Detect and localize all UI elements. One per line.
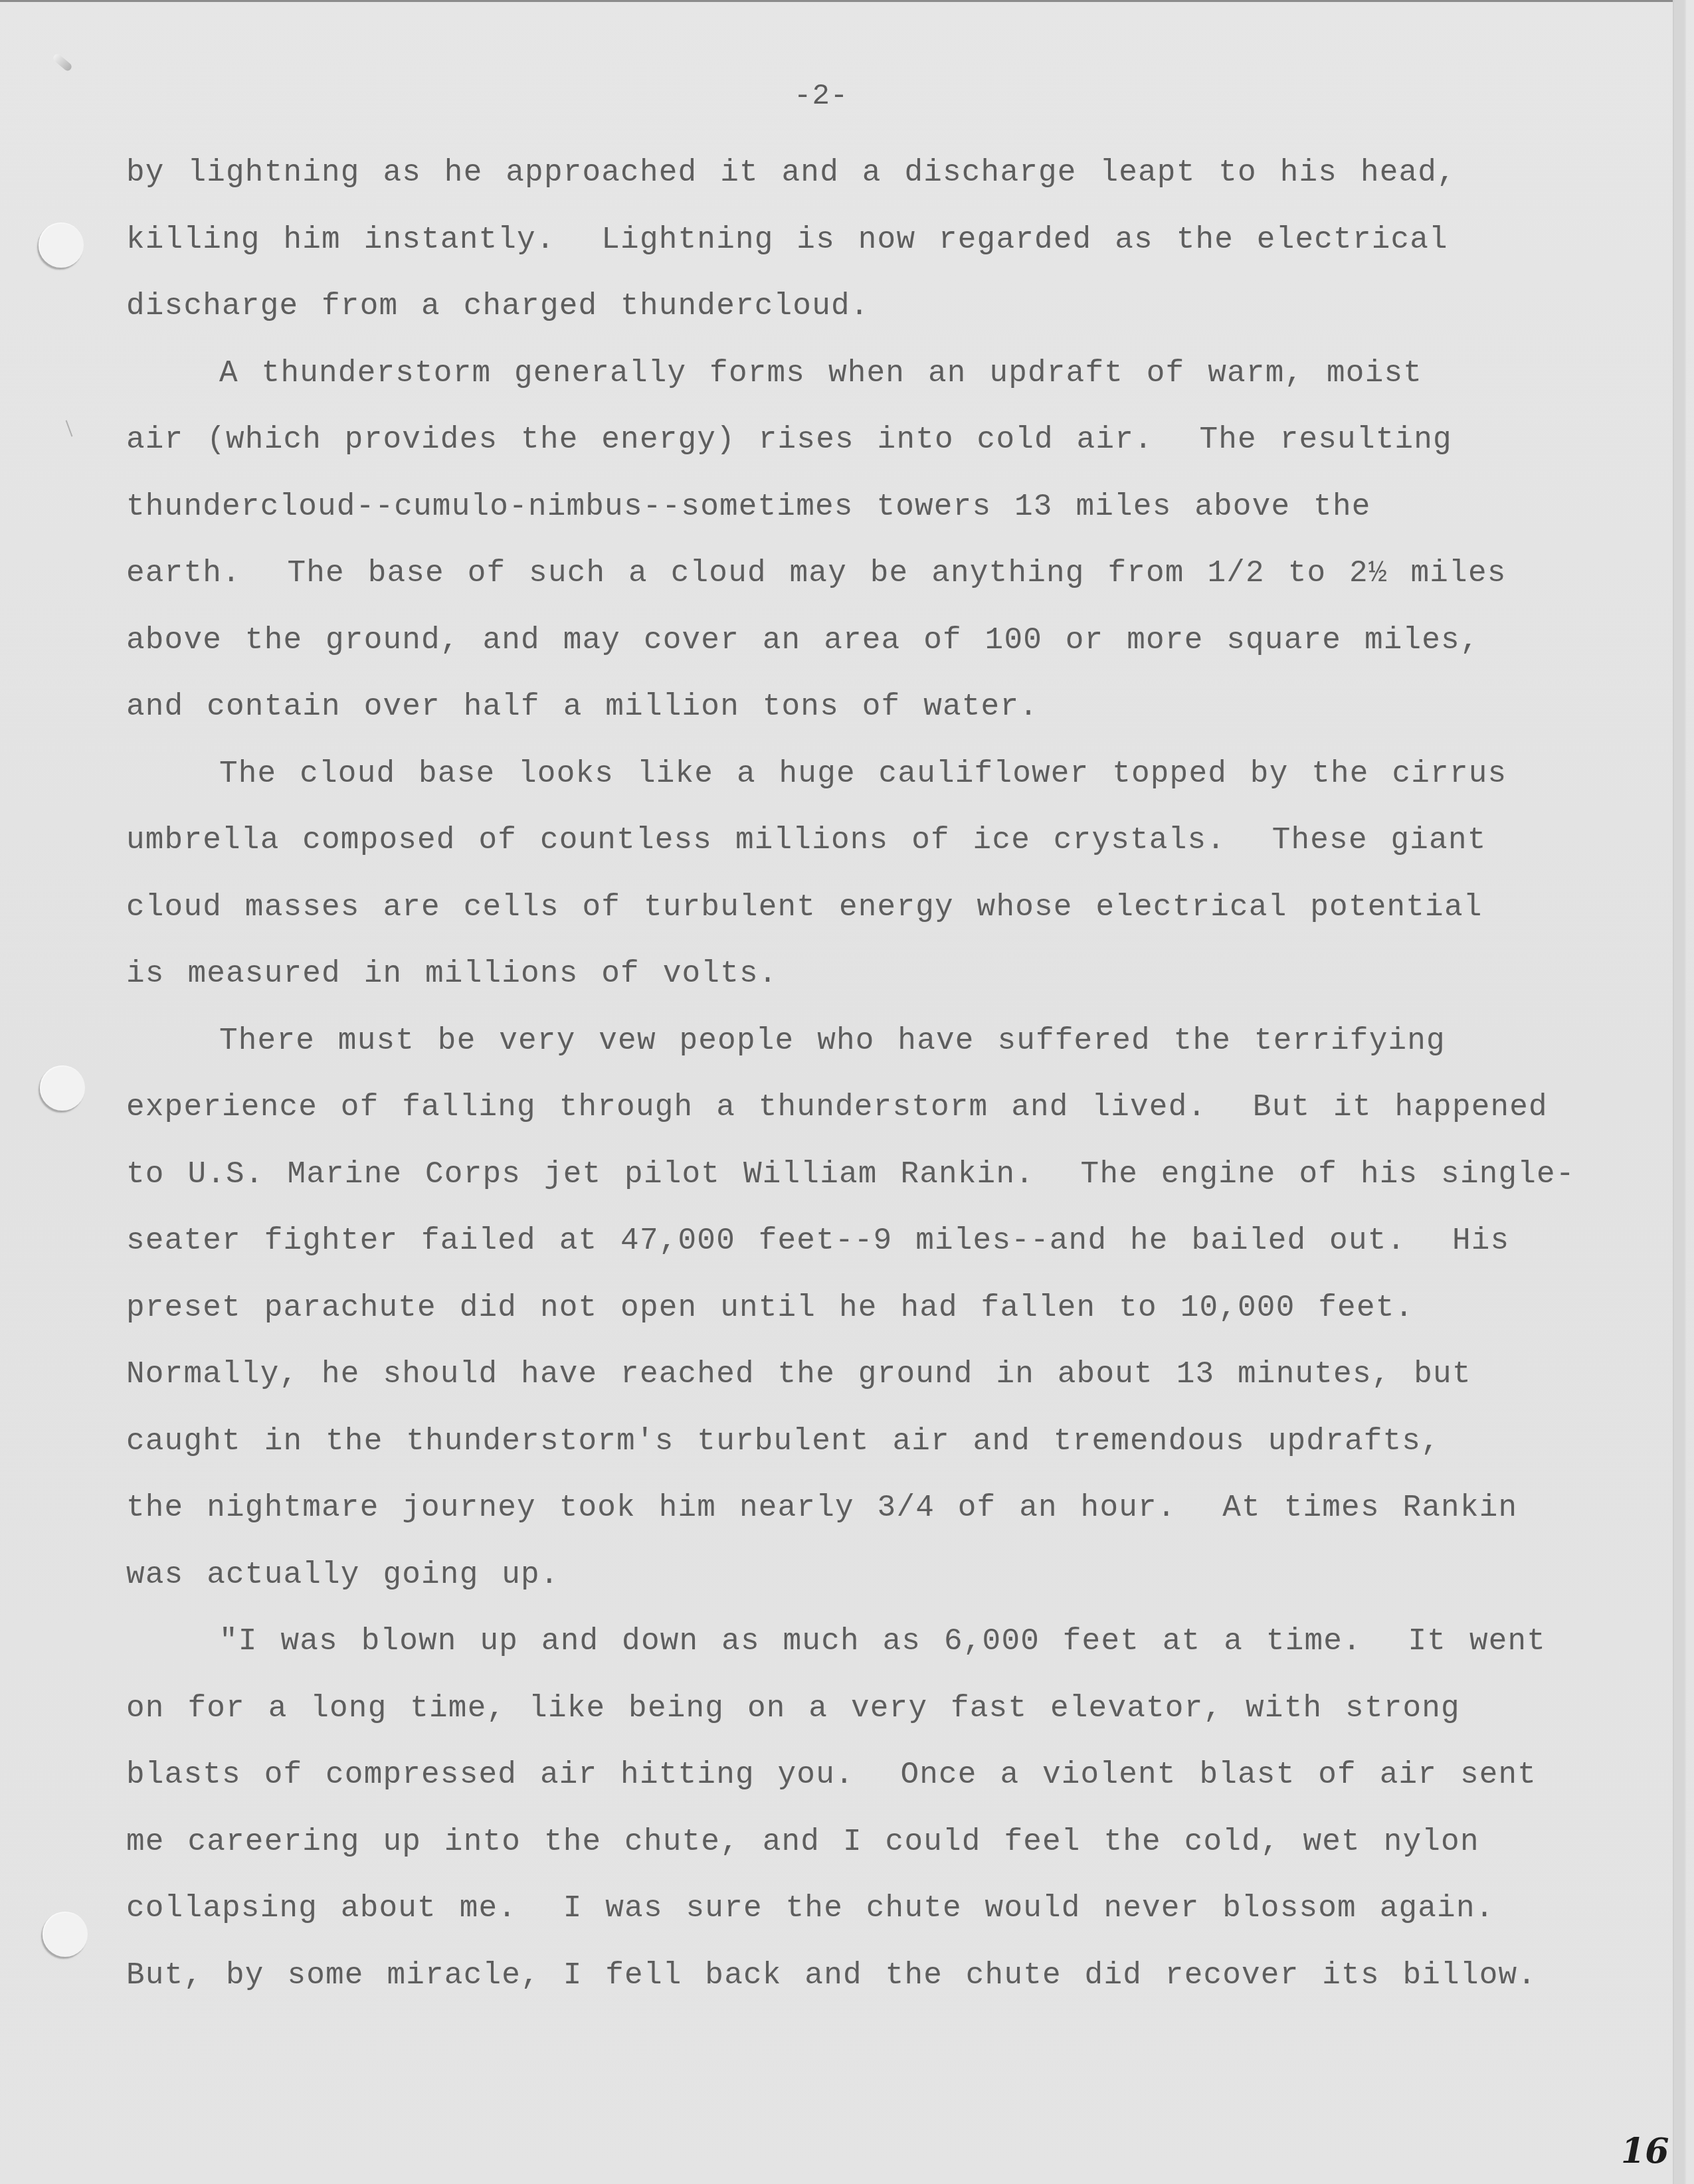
pencil-tick-mark	[66, 420, 73, 436]
text-line: and contain over half a million tons of …	[126, 674, 1654, 741]
text-line: preset parachute did not open until he h…	[126, 1275, 1654, 1342]
text-line: earth. The base of such a cloud may be a…	[126, 540, 1654, 607]
text-line: thundercloud--cumulo-nimbus--sometimes t…	[126, 474, 1654, 541]
page-right-edge	[1673, 0, 1686, 2184]
text-line: to U.S. Marine Corps jet pilot William R…	[126, 1141, 1654, 1208]
text-line: "I was blown up and down as much as 6,00…	[126, 1608, 1654, 1675]
text-line: The cloud base looks like a huge caulifl…	[126, 741, 1654, 808]
text-line: above the ground, and may cover an area …	[126, 607, 1654, 674]
paragraph: by lightning as he approached it and a d…	[126, 139, 1654, 340]
body-text: by lightning as he approached it and a d…	[126, 139, 1654, 2009]
punch-hole-icon	[39, 223, 84, 268]
text-line: Normally, he should have reached the gro…	[126, 1341, 1654, 1408]
handwritten-page-number: 16	[1621, 2131, 1669, 2171]
text-line: air (which provides the energy) rises in…	[126, 407, 1654, 474]
text-line: umbrella composed of countless millions …	[126, 807, 1654, 874]
paragraph: The cloud base looks like a huge caulifl…	[126, 741, 1654, 1008]
text-line: caught in the thunderstorm's turbulent a…	[126, 1408, 1654, 1475]
text-line: discharge from a charged thundercloud.	[126, 273, 1654, 340]
text-line: was actually going up.	[126, 1542, 1654, 1609]
page-top-edge	[0, 0, 1674, 2]
staple-mark-icon	[52, 52, 73, 72]
text-line: me careering up into the chute, and I co…	[126, 1809, 1654, 1876]
paragraph: "I was blown up and down as much as 6,00…	[126, 1608, 1654, 2009]
document-page: -2- by lightning as he approached it and…	[0, 0, 1694, 2184]
text-line: blasts of compressed air hitting you. On…	[126, 1742, 1654, 1809]
punch-hole-icon	[43, 1912, 88, 1957]
text-line: by lightning as he approached it and a d…	[126, 139, 1654, 207]
text-line: on for a long time, like being on a very…	[126, 1675, 1654, 1742]
text-line: the nightmare journey took him nearly 3/…	[126, 1475, 1654, 1542]
text-line: But, by some miracle, I fell back and th…	[126, 1942, 1654, 2009]
text-line: cloud masses are cells of turbulent ener…	[126, 874, 1654, 941]
paragraph: There must be very vew people who have s…	[126, 1008, 1654, 1609]
paragraph: A thunderstorm generally forms when an u…	[126, 340, 1654, 741]
punch-hole-icon	[40, 1065, 85, 1111]
text-line: killing him instantly. Lightning is now …	[126, 207, 1654, 274]
text-line: There must be very vew people who have s…	[126, 1008, 1654, 1075]
page-marker: -2-	[794, 80, 848, 113]
text-line: seater fighter failed at 47,000 feet--9 …	[126, 1208, 1654, 1275]
text-line: experience of falling through a thunders…	[126, 1074, 1654, 1141]
text-line: A thunderstorm generally forms when an u…	[126, 340, 1654, 407]
text-line: is measured in millions of volts.	[126, 941, 1654, 1008]
text-line: collapsing about me. I was sure the chut…	[126, 1875, 1654, 1942]
